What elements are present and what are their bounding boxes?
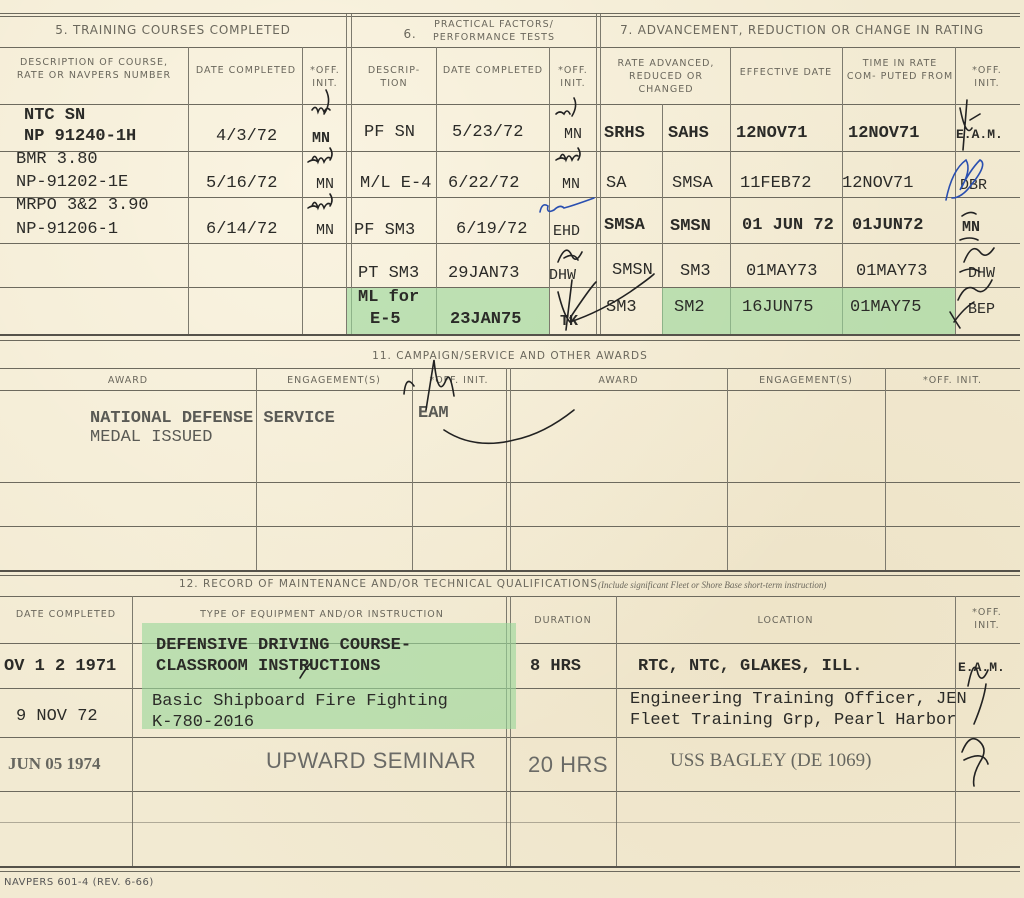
- sec7-row2-effective: 11FEB72: [740, 174, 811, 194]
- sec12-row3-duration: 20 HRS: [528, 752, 608, 778]
- sec5-col-init: *OFF. INIT.: [304, 64, 346, 90]
- sec7-col-computed: TIME IN RATE COM- PUTED FROM: [846, 57, 954, 83]
- sec6-col-description: DESCRIP- TION: [354, 64, 434, 90]
- sec5-row3-date: 6/14/72: [206, 220, 277, 240]
- sec12-row1-type-line2: CLASSROOM INSTRUCTIONS: [156, 657, 380, 677]
- page-bottom-rule: [0, 866, 1020, 868]
- sec12-row2-date: 9 NOV 72: [16, 707, 98, 727]
- sec5-row1-line2: NP 91240-1H: [24, 127, 136, 147]
- col-divider: [188, 47, 189, 334]
- sec6-row4-init: DHW: [549, 266, 576, 286]
- sec5-row2-init: MN: [316, 175, 334, 195]
- sec7-row1-init: E.A.M.: [956, 125, 1003, 145]
- sec7-row4-effective: 01MAY73: [746, 262, 817, 282]
- sec11-bottom-2: [0, 575, 1020, 576]
- section7-title: 7. ADVANCEMENT, REDUCTION OR CHANGE IN R…: [602, 24, 1002, 37]
- sec11-col-engagement-left: ENGAGEMENT(S): [256, 374, 412, 387]
- sec567-title-rule: [0, 47, 1020, 48]
- section12-title: 12. RECORD OF MAINTENANCE AND/OR TECHNIC…: [138, 578, 598, 591]
- col-divider: [510, 368, 511, 570]
- section6-title: PRACTICAL FACTORS/ PERFORMANCE TESTS: [424, 18, 564, 44]
- sec12-col-date: DATE COMPLETED: [0, 608, 132, 621]
- sec12-row2-type-line2: K-780-2016: [152, 713, 254, 733]
- sec11-col-engagement-right: ENGAGEMENT(S): [727, 374, 885, 387]
- sec7-row5-from: SM3: [606, 298, 637, 318]
- col-divider: [727, 368, 728, 570]
- sec6-row5-desc-line2: E-5: [370, 310, 401, 330]
- sec5-row1-line1: NTC SN: [24, 106, 85, 126]
- sec6-row3-init: EHD: [553, 222, 580, 242]
- section6-num: 6.: [400, 28, 420, 41]
- sec6-row2-desc: M/L E-4: [360, 174, 431, 194]
- col-divider: [616, 791, 617, 866]
- sec7-row1-from: SRHS: [604, 124, 645, 144]
- sec12-row3-location: USS BAGLEY (DE 1069): [670, 750, 871, 772]
- sec7-row2-computed: 12NOV71: [842, 174, 913, 194]
- sec6-row3-desc: PF SM3: [354, 221, 415, 241]
- col-divider: [885, 368, 886, 570]
- sec11-col-init-left: *OFF. INIT.: [412, 374, 506, 387]
- row-rule-2: [0, 197, 1020, 198]
- sec12-row2-location-line1: Engineering Training Officer, JEN: [630, 690, 967, 710]
- section11-title: 11. CAMPAIGN/SERVICE AND OTHER AWARDS: [0, 350, 1020, 363]
- sec7-row5-computed: 01MAY75: [850, 298, 921, 318]
- sec12-row2-type-line1: Basic Shipboard Fire Fighting: [152, 692, 448, 712]
- sec11-col-award-left: AWARD: [0, 374, 256, 387]
- sec6-col-date: DATE COMPLETED: [438, 64, 548, 77]
- col-divider: [346, 14, 347, 334]
- sec7-row4-computed: 01MAY73: [856, 262, 927, 282]
- col-divider: [302, 47, 303, 334]
- sec12-col-init: *OFF. INIT.: [958, 606, 1016, 632]
- sec12-row3-date: JUN 05 1974: [8, 754, 101, 774]
- sec12-col-duration: DURATION: [510, 614, 616, 627]
- sec12-col-type: TYPE OF EQUIPMENT AND/OR INSTRUCTION: [200, 608, 444, 621]
- sec6-col-init: *OFF. INIT.: [551, 64, 595, 90]
- col-divider: [256, 368, 257, 570]
- sec6-row4-date: 29JAN73: [448, 264, 519, 284]
- col-divider: [596, 14, 597, 334]
- sec12-row3-type: UPWARD SEMINAR: [266, 748, 476, 774]
- page-bottom-rule-2: [0, 871, 1020, 872]
- sec12-row1-type-line1: DEFENSIVE DRIVING COURSE-: [156, 636, 411, 656]
- sec11-col-init-right: *OFF. INIT.: [885, 374, 1020, 387]
- sec567-header-rule: [0, 104, 1020, 105]
- sec7-row3-to: SMSN: [670, 217, 711, 237]
- sec7-row2-init: DBR: [960, 176, 987, 196]
- sec7-row1-to: SAHS: [668, 124, 709, 144]
- section5-title: 5. TRAINING COURSES COMPLETED: [0, 24, 346, 37]
- sec7-col-effective: EFFECTIVE DATE: [732, 66, 840, 79]
- sec6-row1-date: 5/23/72: [452, 123, 523, 143]
- sec5-row2-line1: BMR 3.80: [16, 150, 98, 170]
- sec7-row3-effective: 01 JUN 72: [742, 216, 834, 236]
- sec11-row1-award-line2: MEDAL ISSUED: [90, 428, 212, 448]
- sec6-row1-init: MN: [564, 125, 582, 145]
- sec5-row3-line1: MRPO 3&2 3.90: [16, 196, 149, 216]
- sec5-row2-line2: NP-91202-1E: [16, 173, 128, 193]
- form-number: NAVPERS 601-4 (REV. 6-66): [4, 877, 154, 888]
- sec6-row5-date: 23JAN75: [450, 310, 521, 330]
- sec6-row4-desc: PT SM3: [358, 264, 419, 284]
- sec7-row4-to: SM3: [680, 262, 711, 282]
- faint-rule: [0, 822, 1020, 823]
- sec6-row2-date: 6/22/72: [448, 174, 519, 194]
- sec5-row3-line2: NP-91206-1: [16, 220, 118, 240]
- top-border: [0, 13, 1020, 14]
- sec7-row5-to: SM2: [674, 298, 705, 318]
- section12-subtitle: (Include significant Fleet or Shore Base…: [598, 579, 898, 592]
- col-divider: [600, 14, 601, 334]
- sec7-row4-from: SMSN: [612, 261, 653, 281]
- sec12-col-location: LOCATION: [616, 614, 955, 627]
- sec12-row1-duration: 8 HRS: [530, 657, 581, 677]
- sec7-row4-init: DHW: [968, 264, 995, 284]
- col-divider: [132, 791, 133, 866]
- sec6-row5-desc-line1: ML for: [358, 288, 419, 308]
- sec12-row2-location-line2: Fleet Training Grp, Pearl Harbor: [630, 711, 956, 731]
- sec5-row1-init: MN: [312, 129, 330, 149]
- sec6-row2-init: MN: [562, 175, 580, 195]
- sec567-bottom-2: [0, 340, 1020, 341]
- sec11-row1-init: EAM: [418, 404, 449, 424]
- sec7-row3-from: SMSA: [604, 216, 645, 236]
- sec7-row2-from: SA: [606, 174, 626, 194]
- sec5-row1-date: 4/3/72: [216, 127, 277, 147]
- sec11-row1-award-line1: NATIONAL DEFENSE SERVICE: [90, 409, 335, 429]
- sec11-col-award-right: AWARD: [510, 374, 727, 387]
- sec12-row1-date: OV 1 2 1971: [4, 657, 116, 677]
- sec7-row1-effective: 12NOV71: [736, 124, 807, 144]
- sec567-bottom: [0, 334, 1020, 336]
- sec7-row3-computed: 01JUN72: [852, 216, 923, 236]
- sec6-row1-desc: PF SN: [364, 123, 415, 143]
- row-rule-1: [0, 151, 1020, 152]
- sec5-row3-init: MN: [316, 221, 334, 241]
- col-divider: [506, 368, 507, 570]
- sec7-row5-init: BEP: [968, 300, 995, 320]
- sec7-row3-init: MN: [962, 218, 980, 238]
- col-divider: [412, 368, 413, 570]
- sec7-col-init: *OFF. INIT.: [958, 64, 1016, 90]
- sec7-row5-effective: 16JUN75: [742, 298, 813, 318]
- sec5-col-description: DESCRIPTION OF COURSE, RATE OR NAVPERS N…: [14, 56, 174, 82]
- sec7-col-rate: RATE ADVANCED, REDUCED OR CHANGED: [602, 57, 730, 96]
- sec6-row3-date: 6/19/72: [456, 220, 527, 240]
- col-divider: [549, 47, 550, 334]
- service-record-page: 5. TRAINING COURSES COMPLETED DESCRIPTIO…: [0, 0, 1024, 898]
- row-rule-3: [0, 243, 1020, 244]
- sec7-row2-to: SMSA: [672, 174, 713, 194]
- sec12-row1-location: RTC, NTC, GLAKES, ILL.: [638, 657, 862, 677]
- sec6-row5-init: TK: [560, 312, 578, 332]
- col-divider: [955, 47, 956, 334]
- top-border-2: [0, 16, 1020, 17]
- sec5-col-date: DATE COMPLETED: [192, 64, 300, 77]
- sec11-bottom: [0, 570, 1020, 572]
- sec5-row2-date: 5/16/72: [206, 174, 277, 194]
- sec7-row1-computed: 12NOV71: [848, 124, 919, 144]
- col-divider: [955, 596, 956, 866]
- sec12-row1-init: E.A.M.: [958, 658, 1005, 678]
- col-divider: [351, 14, 352, 334]
